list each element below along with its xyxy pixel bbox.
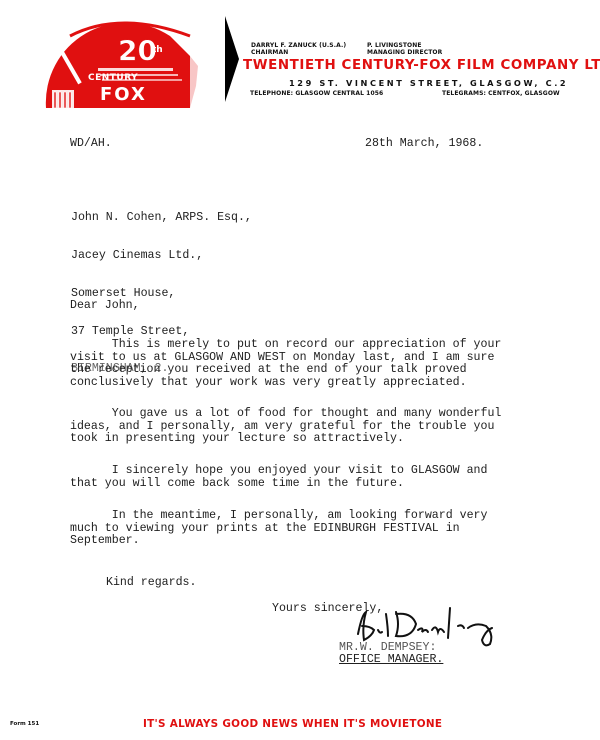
company-telephone: TELEPHONE: GLASGOW CENTRAL 1056 (250, 90, 383, 98)
recipient-line: Jacey Cinemas Ltd., (71, 250, 252, 263)
recipient-line: John N. Cohen, ARPS. Esq., (71, 212, 252, 225)
letter-date: 28th March, 1968. (365, 138, 483, 151)
body-paragraph: This is merely to put on record our appr… (70, 339, 550, 389)
letterhead-arrow-icon (225, 16, 239, 102)
reference-code: WD/AH. (70, 138, 112, 151)
company-address: 129 ST. VINCENT STREET, GLASGOW, C.2 (289, 78, 568, 88)
body-paragraph: I sincerely hope you enjoyed your visit … (70, 465, 550, 490)
signer-title: OFFICE MANAGER. (339, 654, 443, 667)
recipient-line: 37 Temple Street, (71, 326, 252, 339)
svg-text:CENTURY: CENTURY (88, 73, 138, 83)
salutation: Dear John, (70, 300, 140, 313)
company-name: TWENTIETH CENTURY-FOX FILM COMPANY LTD (243, 58, 600, 73)
twentieth-century-fox-logo-icon: 20 th CENTURY FOX (40, 16, 210, 108)
svg-text:th: th (152, 45, 163, 55)
body-paragraph: You gave us a lot of food for thought an… (70, 408, 550, 446)
footer-slogan: IT'S ALWAYS GOOD NEWS WHEN IT'S MOVIETON… (143, 718, 442, 730)
form-number: Form 151 (10, 721, 39, 727)
company-telegrams: TELEGRAMS: CENTFOX, GLASGOW (442, 90, 560, 98)
chairman-title: CHAIRMAN (251, 49, 288, 57)
managing-director-title: MANAGING DIRECTOR (367, 49, 442, 57)
svg-text:FOX: FOX (100, 84, 147, 105)
closing: Kind regards. (106, 577, 196, 590)
body-paragraph: In the meantime, I personally, am lookin… (70, 510, 550, 548)
